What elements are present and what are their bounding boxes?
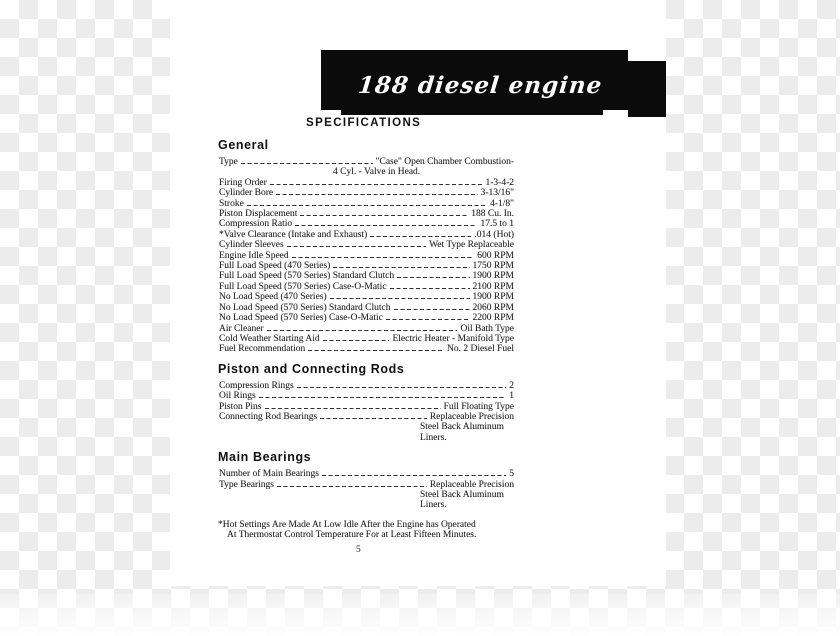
spec-row: No Load Speed (570 Series) Case-O-Matic2…	[219, 313, 514, 323]
spec-label: Type Bearings	[219, 480, 274, 490]
spec-value: 1900 RPM	[473, 271, 514, 281]
dash-leader	[292, 251, 475, 261]
spec-value: Full Floating Type	[444, 402, 514, 412]
dash-leader	[277, 480, 427, 490]
spec-label: Oil Rings	[219, 391, 256, 401]
dash-leader	[323, 334, 390, 344]
dash-leader	[330, 292, 470, 302]
spec-value: 1	[509, 391, 514, 401]
spec-value: .014 (Hot)	[474, 230, 514, 240]
footnote: *Hot Settings Are Made At Low Idle After…	[218, 520, 514, 541]
spec-row: Cold Weather Starting AidElectric Heater…	[219, 334, 514, 344]
spec-value: "Case" Open Chamber Combustion-	[376, 157, 514, 167]
spec-value: 4-1/8"	[490, 199, 514, 209]
dash-leader	[333, 261, 469, 271]
specifications-body: GeneralType"Case" Open Chamber Combustio…	[218, 138, 514, 541]
dash-leader	[397, 271, 469, 281]
spec-value: 3-13/16"	[481, 188, 514, 198]
spec-label: Type	[219, 157, 238, 167]
spec-label: Compression Rings	[219, 381, 294, 391]
spec-row: Cylinder Bore3-13/16"	[219, 188, 514, 198]
page-title: SPECIFICATIONS	[306, 117, 421, 129]
spec-row: Compression Ratio17.5 to 1	[219, 219, 514, 229]
spec-value: Wet Type Replaceable	[429, 240, 514, 250]
spec-row: Fuel RecommendationNo. 2 Diesel Fuel	[219, 344, 514, 354]
spec-label: Engine Idle Speed	[219, 251, 289, 261]
spec-label: Firing Order	[219, 178, 267, 188]
dash-leader	[270, 178, 483, 188]
section-rows: Type"Case" Open Chamber Combustion-4 Cyl…	[219, 157, 514, 355]
section-rows: Number of Main Bearings5Type BearingsRep…	[219, 469, 514, 511]
spec-row: Number of Main Bearings5	[219, 469, 514, 479]
title-banner-bottom-lip	[341, 108, 603, 115]
section-heading: General	[218, 138, 514, 152]
spec-label: No Load Speed (570 Series) Case-O-Matic	[219, 313, 383, 323]
spec-value: 1750 RPM	[473, 261, 514, 271]
spec-value: Replaceable Precision	[430, 412, 514, 422]
spec-label: Number of Main Bearings	[219, 469, 319, 479]
dash-leader	[300, 209, 468, 219]
spec-value: 17.5 to 1	[480, 219, 514, 229]
spec-row: Full Load Speed (570 Series) Case-O-Mati…	[219, 282, 514, 292]
spec-row: Cylinder SleevesWet Type Replaceable	[219, 240, 514, 250]
spec-value: 1900 RPM	[473, 292, 514, 302]
spec-value: 188 Cu. In.	[471, 209, 514, 219]
section-rows: Compression Rings2Oil Rings1Piston PinsF…	[219, 381, 514, 443]
title-banner-right-step	[628, 61, 666, 117]
spec-value: Replaceable Precision	[430, 480, 514, 490]
dash-leader	[259, 391, 507, 401]
spec-label: Fuel Recommendation	[219, 344, 305, 354]
dash-leader	[241, 157, 373, 167]
spec-label: Cylinder Bore	[219, 188, 273, 198]
spec-row: Engine Idle Speed600 RPM	[219, 251, 514, 261]
spec-value: Electric Heater - Manifold Type	[392, 334, 514, 344]
spec-label: No Load Speed (470 Series)	[219, 292, 327, 302]
spec-value: 2100 RPM	[473, 282, 514, 292]
page-number: 5	[356, 545, 361, 555]
spec-label: Piston Pins	[219, 402, 262, 412]
spec-value: 2	[509, 381, 514, 391]
spec-value: No. 2 Diesel Fuel	[447, 344, 514, 354]
dash-leader	[295, 219, 477, 229]
dash-leader	[287, 240, 426, 250]
dash-leader	[267, 324, 458, 334]
section-piston-and-connecting-rods: Piston and Connecting RodsCompression Ri…	[218, 362, 514, 443]
spec-value-continuation: Liners.	[219, 500, 514, 510]
spec-label: Full Load Speed (570 Series) Case-O-Mati…	[219, 282, 387, 292]
dash-leader	[320, 412, 427, 422]
section-general: GeneralType"Case" Open Chamber Combustio…	[218, 138, 514, 355]
dash-leader	[308, 344, 444, 354]
dash-leader	[322, 469, 506, 479]
dash-leader	[247, 199, 487, 209]
spec-row: Type BearingsReplaceable Precision	[219, 480, 514, 490]
spec-value: 5	[509, 469, 514, 479]
spec-row: Air CleanerOil Bath Type	[219, 324, 514, 334]
spec-row: Oil Rings1	[219, 391, 514, 401]
spec-row: Piston Displacement188 Cu. In.	[219, 209, 514, 219]
spec-label: Full Load Speed (470 Series)	[219, 261, 330, 271]
section-heading: Main Bearings	[218, 450, 514, 464]
spec-label: No Load Speed (570 Series) Standard Clut…	[219, 303, 391, 313]
spec-value-continuation: Steel Back Aluminum	[219, 490, 514, 500]
dash-leader	[370, 230, 471, 240]
spec-label: Cold Weather Starting Aid	[219, 334, 320, 344]
spec-value: 1-3-4-2	[486, 178, 515, 188]
footnote-line: *Hot Settings Are Made At Low Idle After…	[218, 520, 514, 530]
spec-label: Stroke	[219, 199, 244, 209]
spec-value-continuation: Liners.	[219, 433, 514, 443]
spec-label: Piston Displacement	[219, 209, 297, 219]
banner-title: 188 diesel engine	[357, 72, 600, 99]
dash-leader	[265, 402, 441, 412]
dash-leader	[394, 303, 470, 313]
spec-label: *Valve Clearance (Intake and Exhaust)	[219, 230, 367, 240]
spec-label: Air Cleaner	[219, 324, 264, 334]
spec-row: Type"Case" Open Chamber Combustion-	[219, 157, 514, 167]
bottom-fade-overlay	[0, 594, 840, 636]
dash-leader	[390, 282, 470, 292]
dash-leader	[386, 313, 470, 323]
spec-row: *Valve Clearance (Intake and Exhaust).01…	[219, 230, 514, 240]
spec-label: Compression Ratio	[219, 219, 292, 229]
spec-value-continuation: Steel Back Aluminum	[219, 422, 514, 432]
spec-row: Connecting Rod BearingsReplaceable Preci…	[219, 412, 514, 422]
spec-row: Compression Rings2	[219, 381, 514, 391]
spec-value: Oil Bath Type	[460, 324, 514, 334]
spec-row: Full Load Speed (570 Series) Standard Cl…	[219, 271, 514, 281]
dash-leader	[297, 381, 507, 391]
spec-value: 2200 RPM	[473, 313, 514, 323]
footnote-line: At Thermostat Control Temperature For at…	[218, 530, 514, 540]
section-heading: Piston and Connecting Rods	[218, 362, 514, 376]
spec-row: Full Load Speed (470 Series)1750 RPM	[219, 261, 514, 271]
spec-label: Connecting Rod Bearings	[219, 412, 317, 422]
spec-row: Firing Order1-3-4-2	[219, 178, 514, 188]
dash-leader	[276, 188, 477, 198]
transparency-checkerboard-background: 188 diesel engine SPECIFICATIONS General…	[0, 0, 840, 636]
section-main-bearings: Main BearingsNumber of Main Bearings5Typ…	[218, 450, 514, 511]
spec-row: No Load Speed (570 Series) Standard Clut…	[219, 303, 514, 313]
spec-label: Cylinder Sleeves	[219, 240, 284, 250]
spec-value: 2060 RPM	[473, 303, 514, 313]
spec-value-continuation: 4 Cyl. - Valve in Head.	[219, 167, 514, 177]
spec-row: No Load Speed (470 Series)1900 RPM	[219, 292, 514, 302]
spec-row: Stroke4-1/8"	[219, 199, 514, 209]
document-page: 188 diesel engine SPECIFICATIONS General…	[170, 0, 666, 586]
spec-row: Piston PinsFull Floating Type	[219, 402, 514, 412]
spec-value: 600 RPM	[477, 251, 514, 261]
spec-label: Full Load Speed (570 Series) Standard Cl…	[219, 271, 394, 281]
